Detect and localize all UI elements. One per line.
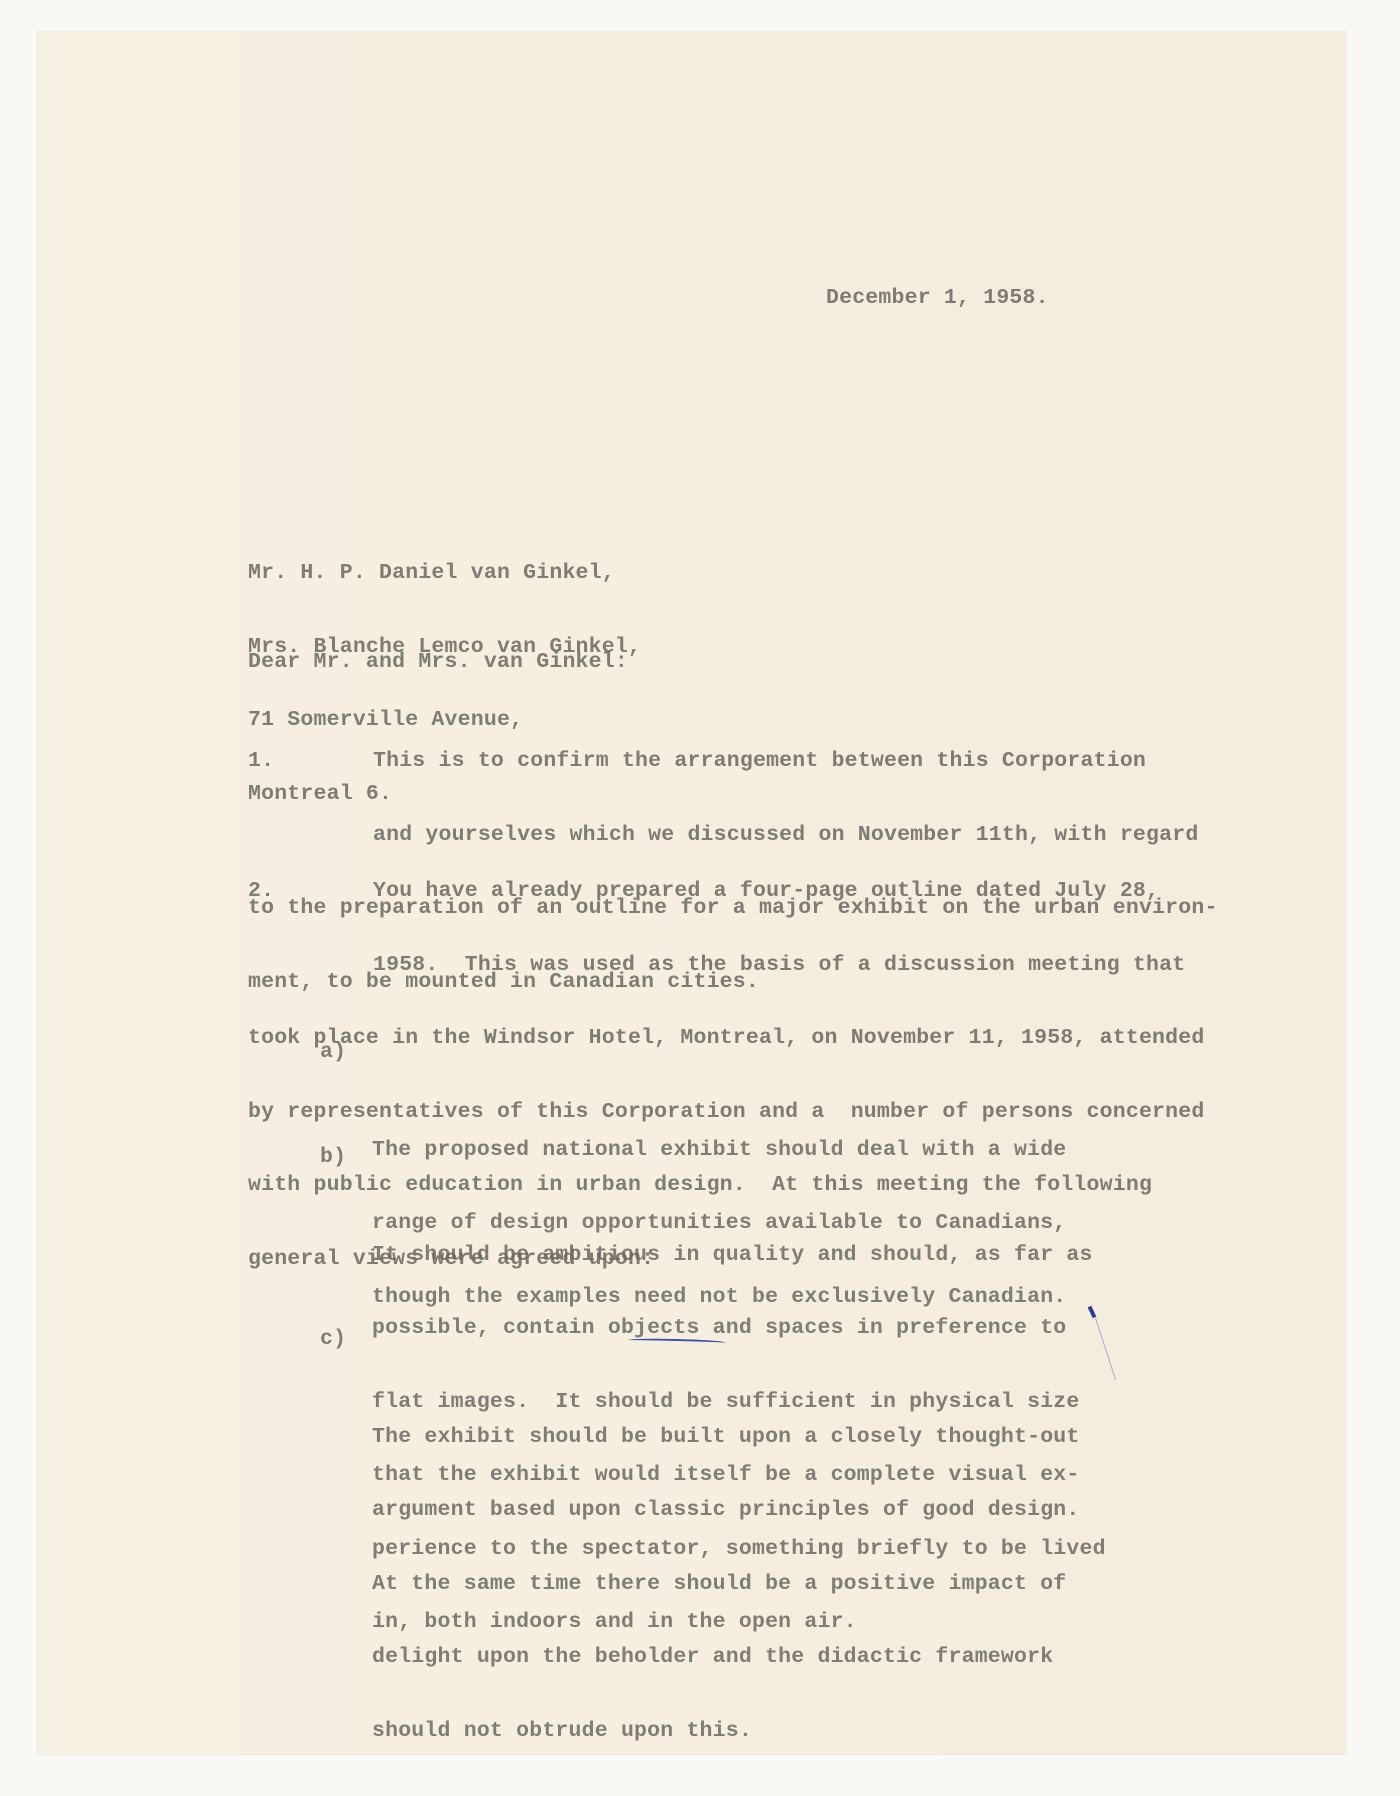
address-line: Mr. H. P. Daniel van Ginkel, [248, 561, 641, 586]
paragraph-line: You have already prepared a four-page ou… [373, 879, 1159, 904]
letter-date: December 1, 1958. [826, 286, 1049, 311]
list-item-line: argument based upon classic principles o… [372, 1498, 1080, 1523]
list-item-b: b) It should be ambitious in quality and… [320, 1120, 346, 1194]
paragraph-line: 1958. This was used as the basis of a di… [373, 953, 1185, 978]
list-item-a: a) The proposed national exhibit should … [320, 1015, 346, 1089]
list-item-line: delight upon the beholder and the didact… [372, 1645, 1080, 1670]
list-item-label: c) [320, 1327, 346, 1352]
list-item-label: b) [320, 1145, 346, 1170]
salutation: Dear Mr. and Mrs. van Ginkel: [248, 650, 628, 675]
list-item-c: c) The exhibit should be built upon a cl… [320, 1302, 346, 1376]
paragraph-line: took place in the Windsor Hotel, Montrea… [248, 1026, 1204, 1050]
list-item-label: a) [320, 1040, 346, 1065]
paragraph-number: 1. [248, 749, 274, 774]
list-item-line: The exhibit should be built upon a close… [372, 1425, 1080, 1450]
list-item-line: should not obtrude upon this. [372, 1719, 1080, 1744]
paragraph-number: 2. [248, 879, 274, 904]
list-item-line: At the same time there should be a posit… [372, 1572, 1080, 1597]
list-item-line: The proposed national exhibit should dea… [372, 1138, 1066, 1163]
paragraph-line: This is to confirm the arrangement betwe… [373, 749, 1146, 774]
list-item-line: possible, contain objects and spaces in … [372, 1316, 1106, 1341]
list-item-line: It should be ambitious in quality and sh… [372, 1243, 1106, 1268]
